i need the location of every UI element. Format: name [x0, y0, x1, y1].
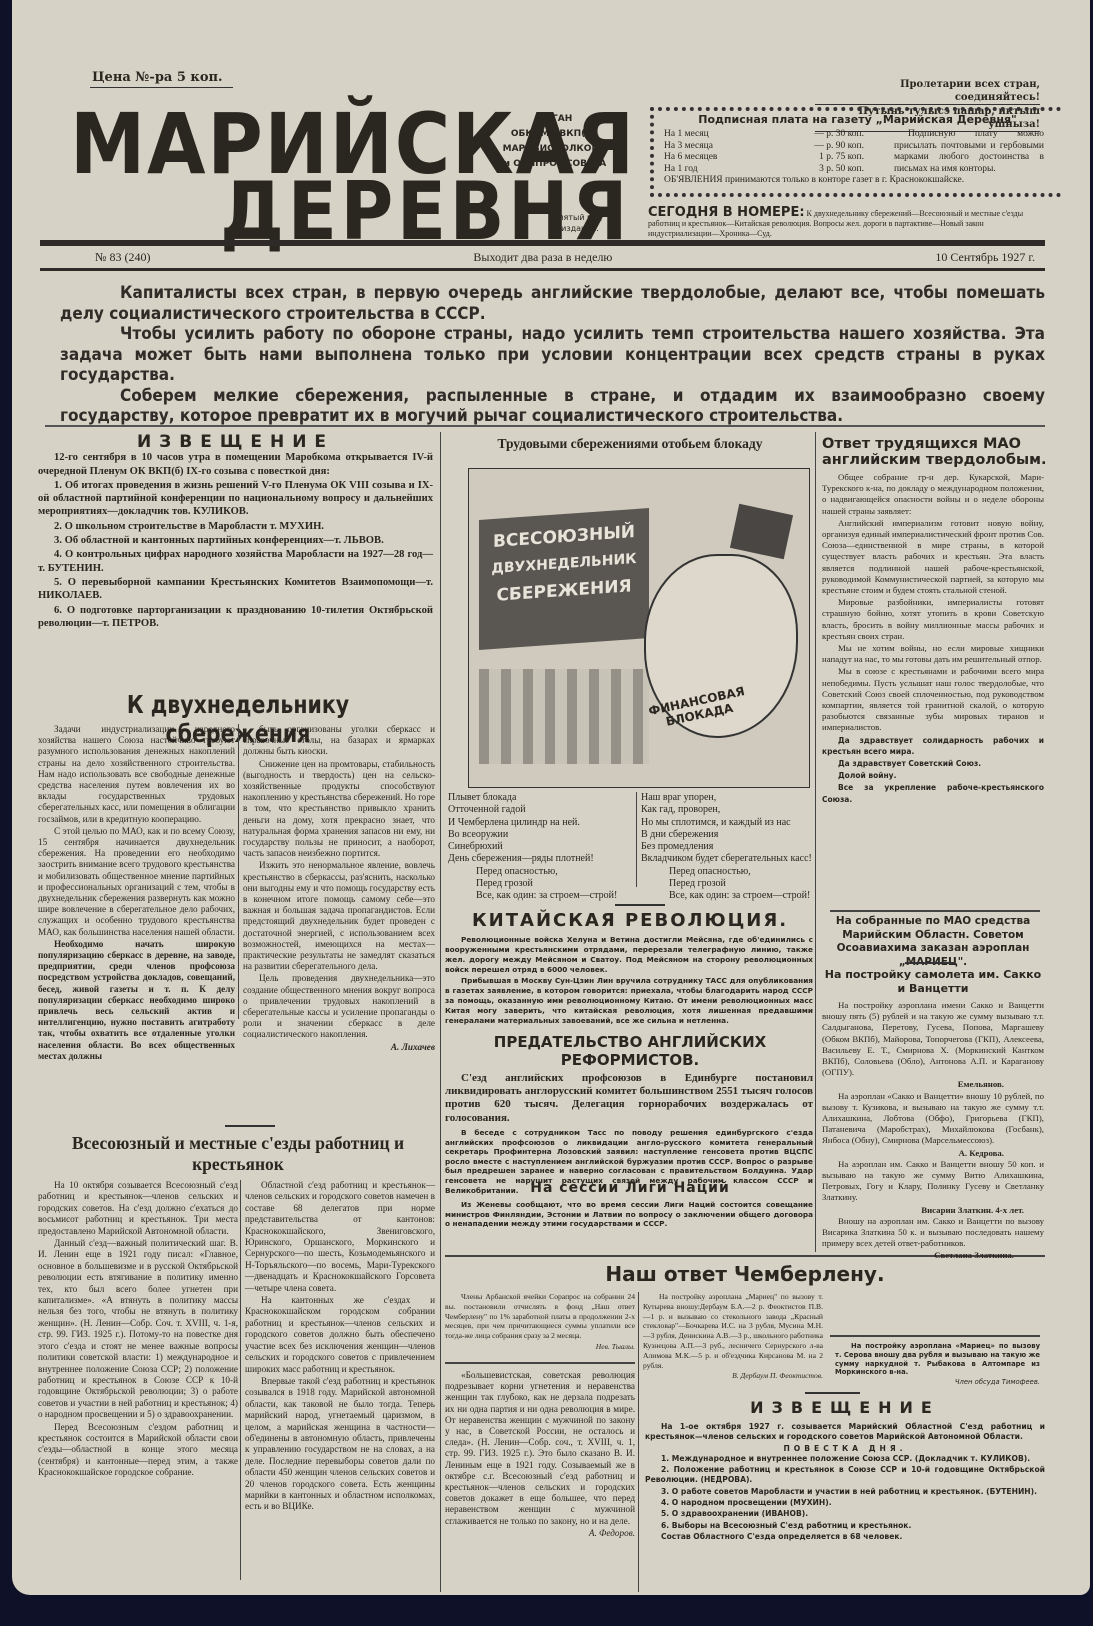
- signature: Нев. Тыалы.: [445, 1342, 635, 1352]
- letter: На аэроплан им. Сакко и Ванцетти вношу 5…: [822, 1159, 1044, 1204]
- paragraph: Английский империализм готовит новую вой…: [822, 518, 1044, 596]
- section-rule: [830, 910, 1040, 912]
- notice2-title: ИЗВЕЩЕНИЕ: [645, 1398, 1045, 1417]
- poem-line: День сбережения—ряды плотней!: [448, 853, 633, 865]
- savings-col1: Задачи индустриализации народного хозяйс…: [38, 724, 235, 1063]
- chamberlain-right: На постройку аэроплана „Мариец" по вызов…: [643, 1292, 823, 1381]
- cartoon-banner: ВСЕСОЮЗНЫЙ ДВУХНЕДЕЛЬНИК СБЕРЕЖЕНИЯ: [479, 508, 649, 650]
- savings-col2: быть организованы уголки сберкасс и спра…: [243, 724, 435, 1053]
- organ-line: МАРОБИСПОЛКОМА: [500, 142, 610, 157]
- poem-line: Во всеоружии: [448, 829, 633, 841]
- paragraph: Мы не хотим войны, но если мировые хищни…: [822, 643, 1044, 665]
- agenda-item: 6. Выборы на Всесоюзный С'езд работниц и…: [645, 1521, 1045, 1531]
- agenda-item: 4. О народном просвещении (МУХИН).: [645, 1498, 1045, 1508]
- rate-period: На 1 месяц: [664, 129, 709, 141]
- poem-divider: [636, 792, 637, 887]
- signature: Член обсуда Тимофеев.: [835, 1378, 1040, 1387]
- poem-line: Перед грозой: [641, 878, 816, 890]
- price-label: Цена №-ра 5 коп.: [90, 70, 233, 88]
- section-rule: [830, 1335, 1040, 1337]
- agenda-item: 4. О контрольных цифрах народного хозяйс…: [38, 548, 433, 575]
- plane-letters: На постройку аэроплана имени Сакко и Ван…: [822, 1000, 1044, 1262]
- poem-line: Все, как один: за строем—строй!: [448, 890, 633, 902]
- subscription-box: Подписная плата на газету „Марийская Дер…: [650, 107, 1061, 197]
- letter: На аэроплан «Сакко и Ванцетти» вношу 10 …: [822, 1091, 1044, 1147]
- signature: Светлана Златкина.: [822, 1250, 1044, 1261]
- lead-paragraph: Капиталисты всех стран, в первую очередь…: [60, 283, 1045, 324]
- cartoon-crowd: [479, 669, 649, 764]
- rate-price: — р. 90 коп.: [814, 141, 864, 153]
- paragraph: На постройку аэроплана „Мариец" по вызов…: [643, 1292, 823, 1370]
- paragraph: «Большевистская, советская революция под…: [445, 1370, 635, 1527]
- notice-footer: Состав Областного С'езда определяется в …: [645, 1532, 1045, 1542]
- chamberlain-headline: Наш ответ Чемберлену.: [445, 1262, 1045, 1286]
- paragraph: Общее собрание гр-н дер. Кукарской, Мари…: [822, 472, 1044, 517]
- poem-line: Перед опасностью,: [448, 866, 633, 878]
- poem-line: Перед опасностью,: [641, 866, 816, 878]
- reformists-lead: С'езд английских профсоюзов в Единбурге …: [445, 1072, 813, 1126]
- publication-year: пятый год издания.: [550, 212, 610, 234]
- short-rule: [615, 904, 665, 906]
- congress-col2: Областной с'езд работниц и крестьянок—чл…: [245, 1180, 435, 1514]
- poem-line: Вкладчиком будет сберегательных касс!: [641, 853, 816, 865]
- notice-plenum: ИЗВЕЩЕНИЕ 12-го сентября в 10 часов утра…: [38, 436, 433, 631]
- paragraph: Снижение цен на промтовары, стабильность…: [243, 759, 435, 860]
- signature: А. Федоров.: [445, 1528, 635, 1539]
- lead-paragraph: Соберем мелкие сбережения, распыленные в…: [60, 386, 1045, 427]
- plane-headline: На собранные по МАО средства Марийским О…: [822, 915, 1044, 969]
- paragraph: Мы в союзе с крестьянами и рабочими всег…: [822, 666, 1044, 733]
- organ-line: ОРГАН: [500, 112, 610, 127]
- notice-title: ИЗВЕЩЕНИЕ: [38, 436, 433, 449]
- issue-rule: [40, 268, 1045, 271]
- paragraph: С этой целью по МАО, как и по всему Союз…: [38, 826, 235, 938]
- poem-line: Как гад, проворен,: [641, 804, 816, 816]
- masthead-rule: [40, 240, 1045, 246]
- poem-line: Наш враг упорен,: [641, 792, 816, 804]
- issue-row: № 83 (240) Выходит два раза в неделю 10 …: [95, 250, 1035, 265]
- today-in-issue: СЕГОДНЯ В НОМЕРЕ: К двухнедельнику сбере…: [648, 208, 1048, 239]
- paragraph: Перед Всесоюзным с'ездом работниц и крес…: [38, 1422, 238, 1479]
- league-article: Из Женевы сообщают, что во время сессии …: [445, 1200, 813, 1230]
- women-article: «Большевистская, советская революция под…: [445, 1370, 635, 1539]
- paragraph: Необходимо начать широкую популяризацию …: [38, 939, 235, 1062]
- signature: А. Кедрова.: [822, 1148, 1044, 1159]
- agenda-item: 1. Об итогах проведения в жизнь решений …: [38, 479, 433, 519]
- china-article: Революционные войска Хелуна и Ветина дос…: [445, 935, 813, 1027]
- poem-line: Отточенной гадой: [448, 804, 633, 816]
- agenda-item: 6. О подготовке парторганизации к праздн…: [38, 604, 433, 631]
- rate-period: На 3 месяца: [664, 141, 713, 153]
- subscription-title: Подписная плата на газету „Марийская Дер…: [660, 113, 1055, 126]
- congress-headline: Всесоюзный и местные с'езды работниц и к…: [38, 1133, 438, 1175]
- organ-label: ОРГАН ОБКОМА ВКП(б), МАРОБИСПОЛКОМА и ОБ…: [500, 112, 610, 172]
- china-headline: КИТАЙСКАЯ РЕВОЛЮЦИЯ.: [445, 910, 815, 931]
- poem-left: Плывет блокада Отточенной гадой И Чембер…: [448, 792, 633, 903]
- section-rule: [45, 425, 1045, 427]
- paragraph: Революционные войска Хелуна и Ветина дос…: [445, 935, 813, 975]
- notice-intro: На 1-ое октября 1927 г. созывается Марий…: [645, 1422, 1045, 1443]
- rate-price: 1 р. 75 коп.: [819, 152, 864, 164]
- tmo-article: Общее собрание гр-н дер. Кукарской, Мари…: [822, 472, 1044, 806]
- ads-note: ОБ'ЯВЛЕНИЯ принимаются только в конторе …: [664, 175, 964, 185]
- poem-line: Без промедления: [641, 841, 816, 853]
- paragraph: Мировые разбойники, империалисты готовят…: [822, 597, 1044, 642]
- paragraph: Из Женевы сообщают, что во время сессии …: [445, 1200, 813, 1229]
- paragraph: Прибывшая в Москву Сун-Цзин Лин вручила …: [445, 976, 813, 1026]
- paragraph: На кантонных же с'ездах и Краснококшайск…: [245, 1295, 435, 1375]
- league-headline: На сессии Лиги Наций: [445, 1180, 815, 1196]
- paragraph: Члены Арбанской ячейки Сорапрос на собра…: [445, 1292, 635, 1341]
- paragraph: Изжить это ненормальное явление, вовлечь…: [243, 860, 435, 972]
- agenda-label: ПОВЕСТКА ДНЯ.: [645, 1444, 1045, 1454]
- poem-line: В дни сбережения: [641, 829, 816, 841]
- letter: На постройку аэроплана имени Сакко и Ван…: [822, 1000, 1044, 1078]
- issue-number: № 83 (240): [95, 250, 150, 265]
- paragraph: Впервые такой с'езд работниц и крестьяно…: [245, 1376, 435, 1513]
- poem-line: Но мы сплотимся, и каждый из нас: [641, 817, 816, 829]
- agenda-item: 5. О здравоохранении (ИВАНОВ).: [645, 1509, 1045, 1519]
- congress-col1: На 10 октября созывается Всесоюзный с'ез…: [38, 1180, 238, 1480]
- tmo-headline: Ответ трудящихся МАО английским твердоло…: [822, 436, 1047, 468]
- rate-price: — р. 30 коп.: [814, 129, 864, 141]
- slogan-line: Все за укрепление рабоче-крестьянского С…: [822, 782, 1044, 804]
- paragraph: С'езд английских профсоюзов в Единбурге …: [445, 1072, 813, 1125]
- mariets-letter: На постройку аэроплана «Мариец» по вызов…: [835, 1342, 1040, 1387]
- slogan-line: Да здравствует Советский Союз.: [822, 758, 1044, 769]
- section-rule: [445, 1362, 635, 1364]
- frequency: Выходит два раза в неделю: [473, 250, 612, 265]
- organ-line: и ОБЛПРОФСОВЕТА: [500, 157, 610, 172]
- paragraph: Цель проведения двухнедельника—это созда…: [243, 973, 435, 1040]
- rate-row: На 1 месяц— р. 30 коп.: [664, 129, 864, 141]
- paragraph: На 10 октября созывается Всесоюзный с'ез…: [38, 1180, 238, 1237]
- cartoon-caption: Трудовыми сбережениями отобьем блокаду: [450, 436, 810, 452]
- slogan-line: Долой войну.: [822, 770, 1044, 781]
- poem-line: Перед грозой: [448, 878, 633, 890]
- agenda-item: 2. О школьном строительстве в Маробласти…: [38, 520, 433, 533]
- paragraph: Данный с'езд—важный политический шаг. В.…: [38, 1238, 238, 1421]
- rate-row: На 6 месяцев1 р. 75 коп.: [664, 152, 864, 164]
- top-hat-icon: [730, 504, 793, 559]
- letter: Вношу на аэроплан им. Сакко и Ванцетти п…: [822, 1216, 1044, 1250]
- signature: Емельянов.: [822, 1079, 1044, 1090]
- rate-price: 3 р. 50 коп.: [819, 164, 864, 176]
- rate-row: На 3 месяца— р. 90 коп.: [664, 141, 864, 153]
- short-rule: [905, 962, 955, 964]
- rate-period: На 1 год: [664, 164, 698, 176]
- cartoon-illustration: ВСЕСОЮЗНЫЙ ДВУХНЕДЕЛЬНИК СБЕРЕЖЕНИЯ ФИНА…: [468, 468, 810, 788]
- signature: Висарин Златкин. 4-х лет.: [822, 1205, 1044, 1216]
- notice-congress: На 1-ое октября 1927 г. созывается Марий…: [645, 1422, 1045, 1543]
- agenda-item: 1. Международное и внутреннее положение …: [645, 1454, 1045, 1464]
- paragraph: быть организованы уголки сберкасс и спра…: [243, 724, 435, 758]
- agenda-item: 3. Об областной и кантонных партийных ко…: [38, 534, 433, 547]
- issue-date: 10 Сентябрь 1927 г.: [935, 250, 1035, 265]
- poem-line: И Чемберлена цилиндр на ней.: [448, 817, 633, 829]
- poem-line: Синебрюхий: [448, 841, 633, 853]
- paragraph: Задачи индустриализации народного хозяйс…: [38, 724, 235, 825]
- paragraph: Областной с'езд работниц и крестьянок—чл…: [245, 1180, 435, 1294]
- signature: А. Лихачев: [243, 1042, 435, 1053]
- short-rule: [805, 1392, 860, 1394]
- paragraph: На постройку аэроплана «Мариец» по вызов…: [835, 1342, 1040, 1377]
- rate-period: На 6 месяцев: [664, 152, 717, 164]
- agenda-item: 2. Положение работниц и крестьянок в Сою…: [645, 1465, 1045, 1486]
- column-divider: [638, 1292, 639, 1592]
- poem-right: Наш враг упорен, Как гад, проворен, Но м…: [641, 792, 816, 903]
- lead-editorial: Капиталисты всех стран, в первую очередь…: [60, 283, 1045, 427]
- poem-line: Все, как один: за строем—строй!: [641, 890, 816, 902]
- subscription-note: Подписную плату можно присылать почтовым…: [894, 129, 1044, 175]
- notice-intro: 12-го сентября в 10 часов утра в помещен…: [38, 451, 433, 478]
- chamberlain-left: Члены Арбанской ячейки Сорапрос на собра…: [445, 1292, 635, 1352]
- column-divider: [238, 724, 239, 1019]
- subscription-rates: На 1 месяц— р. 30 коп. На 3 месяца— р. 9…: [664, 129, 864, 175]
- organ-line: ОБКОМА ВКП(б),: [500, 127, 610, 142]
- short-rule: [225, 1125, 275, 1127]
- rate-row: На 1 год3 р. 50 коп.: [664, 164, 864, 176]
- plane-title: На постройку самолета им. Сакко и Ванцет…: [822, 968, 1044, 996]
- lead-paragraph: Чтобы усилить работу по обороне страны, …: [60, 324, 1045, 386]
- slogan-line: Да здравствует солидарность рабочих и кр…: [822, 735, 1044, 757]
- today-label: СЕГОДНЯ В НОМЕРЕ:: [648, 205, 805, 220]
- agenda-item: 5. О перевыборной кампании Крестьянских …: [38, 576, 433, 603]
- signature: В. Дербаум П. Феоктистов.: [643, 1371, 823, 1381]
- slogan-russian: Пролетарии всех стран, соединяйтесь!: [815, 78, 1040, 105]
- reformists-headline: ПРЕДАТЕЛЬСТВО АНГЛИЙСКИХ РЕФОРМИСТОВ.: [445, 1033, 815, 1069]
- poem-line: Плывет блокада: [448, 792, 633, 804]
- column-divider: [240, 1180, 241, 1580]
- agenda-item: 3. О работе советов Маробласти и участии…: [645, 1487, 1045, 1497]
- column-divider: [440, 432, 441, 1592]
